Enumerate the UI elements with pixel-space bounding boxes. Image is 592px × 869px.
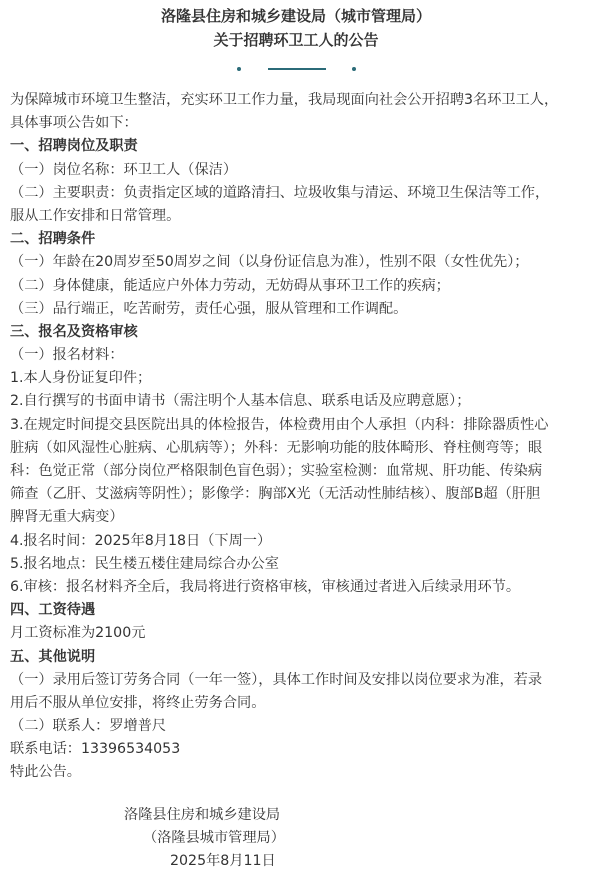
section-heading-other: 五、其他说明	[10, 646, 586, 669]
section-line: 1.本人身份证复印件；	[10, 367, 586, 390]
section-line: 脾肾无重大病变）	[10, 506, 586, 529]
registration-location: 5.报名地点：民生楼五楼住建局综合办公室	[10, 553, 586, 576]
section-line: （一）报名材料：	[10, 344, 586, 367]
section-line: （二）主要职责：负责指定区域的道路清扫、垃圾收集与清运、环境卫生保洁等工作，	[10, 182, 586, 205]
salary-line: 月工资标准为2100元	[10, 622, 586, 645]
intro-line: 为保障城市环境卫生整洁，充实环卫工作力量，我局现面向社会公开招聘3名环卫工人，	[10, 89, 586, 112]
section-line: （三）品行端正，吃苦耐劳，责任心强，服从管理和工作调配。	[10, 298, 586, 321]
section-line: 2.自行撰写的书面申请书（需注明个人基本信息、联系电话及应聘意愿）；	[10, 390, 586, 413]
section-line: （二）身体健康，能适应户外体力劳动，无妨碍从事环卫工作的疾病；	[10, 275, 586, 298]
section-line: （一）年龄在20周岁至50周岁之间（以身份证信息为准），性别不限（女性优先）；	[10, 251, 586, 274]
intro-line: 具体事项公告如下：	[10, 112, 586, 135]
section-line: 脏病（如风湿性心脏病、心肌病等）；外科：无影响功能的肢体畸形、脊柱侧弯等；眼	[10, 437, 586, 460]
section-line: 6.审核：报名材料齐全后，我局将进行资格审核，审核通过者进入后续录用环节。	[10, 576, 586, 599]
section-heading-positions: 一、招聘岗位及职责	[10, 135, 586, 158]
closing-line: 特此公告。	[10, 761, 586, 784]
divider-line	[268, 68, 326, 70]
divider-dot-right-icon	[352, 67, 356, 71]
section-heading-registration: 三、报名及资格审核	[10, 321, 586, 344]
section-line: 3.在规定时间提交县医院出具的体检报告，体检费用由个人承担（内科：排除器质性心	[10, 414, 586, 437]
divider-dot-left-icon	[237, 67, 241, 71]
signature-org: 洛隆县住房和城乡建设局	[124, 803, 280, 827]
section-line: 服从工作安排和日常管理。	[10, 205, 586, 228]
section-line: 筛查（乙肝、艾滋病等阴性）；影像学：胸部X光（无活动性肺结核）、腹部B超（肝胆	[10, 483, 586, 506]
contact-phone: 联系电话：13396534053	[10, 738, 586, 761]
section-heading-requirements: 二、招聘条件	[10, 228, 586, 251]
section-heading-salary: 四、工资待遇	[10, 599, 586, 622]
signature-org-alt: （洛隆县城市管理局）	[143, 826, 285, 850]
section-line: （一）录用后签订劳务合同（一年一签），具体工作时间及安排以岗位要求为准，若录	[10, 669, 586, 692]
signature-date: 2025年8月11日	[170, 849, 276, 869]
registration-time: 4.报名时间：2025年8月18日（下周一）	[10, 530, 586, 553]
section-line: 科：色觉正常（部分岗位严格限制色盲色弱）；实验室检测：血常规、肝功能、传染病	[10, 460, 586, 483]
announcement-body: 为保障城市环境卫生整洁，充实环卫工作力量，我局现面向社会公开招聘3名环卫工人， …	[10, 89, 586, 785]
contact-person: （二）联系人：罗增普尺	[10, 715, 586, 738]
section-line: 用后不服从单位安排，将终止劳务合同。	[10, 692, 586, 715]
announcement-title: 洛隆县住房和城乡建设局（城市管理局） 关于招聘环卫工人的公告	[0, 4, 592, 52]
title-divider	[0, 64, 592, 74]
title-line-2: 关于招聘环卫工人的公告	[0, 28, 592, 52]
section-line: （一）岗位名称：环卫工人（保洁）	[10, 159, 586, 182]
title-line-1: 洛隆县住房和城乡建设局（城市管理局）	[0, 4, 592, 28]
